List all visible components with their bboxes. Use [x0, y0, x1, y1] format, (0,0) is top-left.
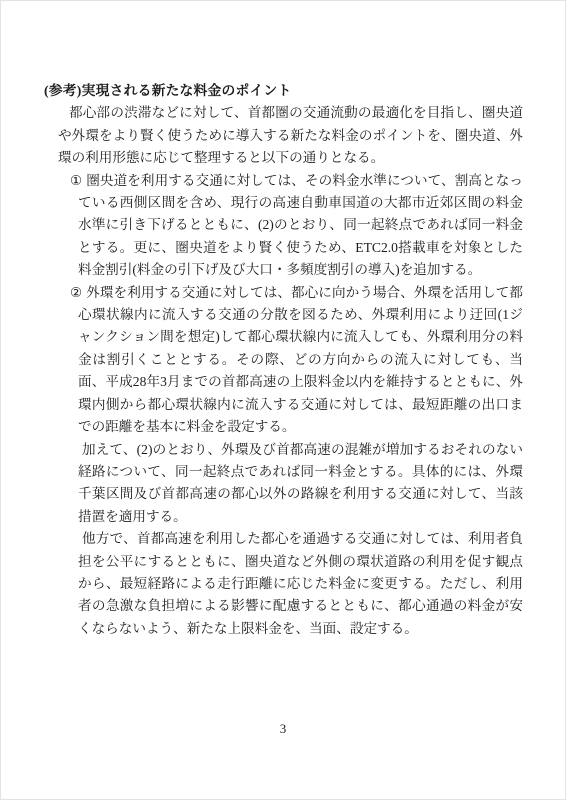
item-2-paragraph-2: 加えて、(2)のとおり、外環及び首都高速の混雑が増加するおそれのない経路について…: [78, 439, 523, 529]
intro-paragraph: 都心部の渋滞などに対して、首都圏の交通流動の最適化を目指し、圏央道や外環をより賢…: [58, 102, 523, 169]
page-number: 3: [0, 720, 566, 738]
list-item-2: ②外環を利用する交通に対しては、都心に向かう場合、外環を活用して都心環状線内に流…: [78, 282, 523, 641]
item-2-paragraph-3: 他方で、首都高速を利用した都心を通過する交通に対しては、利用者負担を公平にすると…: [78, 528, 523, 640]
item-1-text: 圏央道を利用する交通に対しては、その料金水準について、割高となっている西側区間を…: [78, 173, 523, 278]
document-page: (参考)実現される新たな料金のポイント 都心部の渋滞などに対して、首都圏の交通流…: [0, 0, 566, 800]
item-2-text: 外環を利用する交通に対しては、都心に向かう場合、外環を活用して都心環状線内に流入…: [78, 285, 523, 434]
item-2-number-marker: ②: [70, 285, 82, 300]
section-heading: (参考)実現される新たな料金のポイント: [44, 80, 523, 102]
list-item-1: ①圏央道を利用する交通に対しては、その料金水準について、割高となっている西側区間…: [78, 170, 523, 282]
item-1-number-marker: ①: [70, 173, 82, 188]
